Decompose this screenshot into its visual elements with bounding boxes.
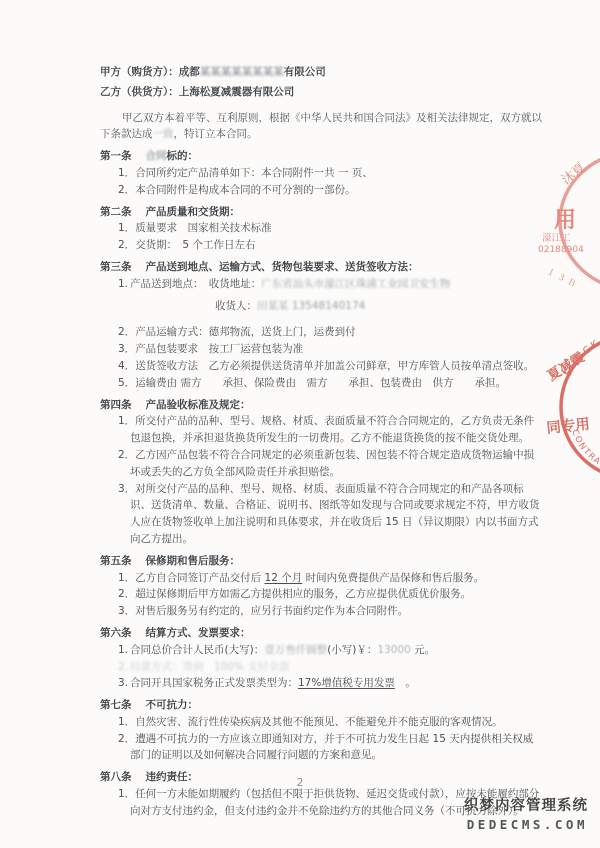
clause5-number: 第五条 bbox=[100, 555, 132, 567]
delivery-address-redacted: 广东省汕头市濠江区珠浦工业园卫安生物 bbox=[261, 278, 450, 290]
info-stamp-line2: 02188904 bbox=[538, 245, 584, 255]
clause4-heading: 第四条产品验收标准及规定： bbox=[100, 397, 542, 414]
info-stamp-big-char: 用 bbox=[554, 208, 576, 233]
clause7-item2: 2．遭遇不可抗力的一方应该立即通知对方，并于不可抗力发生日起 15 天内提供相关… bbox=[100, 731, 542, 765]
clause1-item2: 2．本合同附件是构成本合同的不可分割的一部份。 bbox=[100, 182, 542, 199]
clause4-title: 产品验收标准及规定： bbox=[146, 399, 251, 411]
seal-chinese-upper: 夏减震 bbox=[545, 348, 588, 384]
invoice-type-value: 17%增值税专用发票 bbox=[298, 677, 395, 689]
clause3-item4: 4．送货签收方法 乙方必须提供送货清单并加盖公司鲜章，甲方库管人员按单清点签收。 bbox=[100, 358, 542, 375]
party-b-label: 乙方（供货方）： bbox=[100, 86, 179, 98]
clause6-number: 第六条 bbox=[100, 627, 132, 639]
clause3-item5: 5．运输费由 需方 承担、保险费由 需方 承担、包装费由 供方 承担。 bbox=[100, 375, 542, 392]
clause1-number: 第一条 bbox=[100, 150, 132, 162]
clause2-heading: 第二条产品质量和交货期： bbox=[100, 204, 542, 221]
clause7-heading: 第七条不可抗力： bbox=[100, 697, 542, 714]
clause1-title: 标的： bbox=[167, 150, 199, 162]
clause6-title: 结算方式、发票要求： bbox=[146, 627, 251, 639]
payment-terms-redacted: 付款方式：货到 100% 支付全款 bbox=[130, 661, 289, 673]
seal-arc-top-text: SHOCK ABSORBER bbox=[563, 329, 600, 379]
clause5-item3: 3．对售后服务另有约定的，应另行书面约定作为本合同附件。 bbox=[100, 603, 542, 620]
clause7-number: 第七条 bbox=[100, 699, 132, 711]
seal-arc-bottom-text: CONTRACT bbox=[569, 428, 600, 474]
clause2-item2: 2．交货期： 5 个工作日左右 bbox=[100, 237, 542, 254]
party-a-prefix: 成都 bbox=[179, 66, 200, 78]
party-a-redacted-name: 某某某某某某某某 bbox=[200, 66, 284, 78]
receiver-redacted: 田某某 13548140174 bbox=[257, 300, 365, 312]
clause2-number: 第二条 bbox=[100, 206, 132, 218]
intro-line2-suffix: ，特订立本合同。 bbox=[174, 128, 258, 140]
clause2-title: 产品质量和交货期： bbox=[146, 206, 241, 218]
clause3-title: 产品送到地点、运输方式、货物包装要求、送货签收方法： bbox=[146, 261, 419, 273]
party-a-suffix: 有限公司 bbox=[284, 66, 326, 78]
clause3-heading: 第三条产品送到地点、运输方式、货物包装要求、送货签收方法： bbox=[100, 259, 542, 276]
red-info-stamp: 沐夏 用 濠江工 02188904 １３Ｂ bbox=[538, 143, 600, 303]
party-b-line: 乙方（供货方）：上海松夏减震器有限公司 bbox=[100, 84, 542, 101]
svg-text:SHOCK ABSORBER: SHOCK ABSORBER bbox=[563, 329, 600, 379]
party-b-name: 上海松夏减震器有限公司 bbox=[179, 86, 295, 98]
intro-paragraph: 甲乙双方本着平等、互利原则，根据《中华人民共和国合同法》及相关法律规定，双方就以… bbox=[100, 110, 542, 144]
clause3-item2: 2．产品运输方式：德邦物流，送货上门，运费到付 bbox=[100, 324, 542, 341]
seal-chinese-mid: 同专用 bbox=[546, 415, 591, 437]
clause2-item1: 1．质量要求 国家相关技术标准 bbox=[100, 220, 542, 237]
info-stamp-digits: １３Ｂ bbox=[545, 267, 580, 291]
clause1-title-blur: 合同 bbox=[146, 150, 167, 162]
clause6-item3: 3.合同开具国家税务正式发票类型为：17%增值税专用发票 。 bbox=[100, 675, 542, 692]
clause4-number: 第四条 bbox=[100, 399, 132, 411]
clause3-item3: 3．产品包装要求 按工厂运营包装为准 bbox=[100, 341, 542, 358]
cms-watermark: 织梦内容管理系统 DEDECMS.COM bbox=[464, 797, 588, 833]
svg-text:CONTRACT: CONTRACT bbox=[569, 428, 600, 474]
contract-seal-stamp: SHOCK ABSORBER 夏减震 同专用 CONTRACT bbox=[545, 323, 600, 498]
contract-body: 甲方（购货方）：成都某某某某某某某某有限公司 乙方（供货方）：上海松夏减震器有限… bbox=[100, 64, 542, 820]
clause3-number: 第三条 bbox=[100, 261, 132, 273]
watermark-chinese: 织梦内容管理系统 bbox=[464, 797, 588, 817]
clause6-heading: 第六条结算方式、发票要求： bbox=[100, 625, 542, 642]
receiver-label: 收货人： bbox=[215, 300, 257, 312]
watermark-domain: DEDECMS.COM bbox=[464, 817, 588, 834]
party-a-line: 甲方（购货方）：成都某某某某某某某某有限公司 bbox=[100, 64, 542, 81]
receiver-line: 收货人：田某某 13548140174 bbox=[215, 298, 542, 315]
scanned-contract-page: 甲方（购货方）：成都某某某某某某某某有限公司 乙方（供货方）：上海松夏减震器有限… bbox=[0, 0, 600, 848]
clause6-item1: 1.合同总价合计人民币(大写)：壹万叁仟圆整(小写)￥：13000 元。 bbox=[100, 642, 542, 659]
info-stamp-fragment: 沐夏 bbox=[559, 160, 589, 189]
clause5-title: 保修期和售后服务： bbox=[146, 555, 241, 567]
clause5-item2: 2．超过保修期后甲方如需乙方提供相应的服务，乙方应提供优质优价服务。 bbox=[100, 586, 542, 603]
clause5-heading: 第五条保修期和售后服务： bbox=[100, 553, 542, 570]
clause1-heading: 第一条合同标的： bbox=[100, 148, 542, 165]
clause7-title: 不可抗力： bbox=[146, 699, 199, 711]
clause1-item1: 1．合同所约定产品清单如下：本合同附件一共 一 页、 bbox=[100, 165, 542, 182]
clause3-item1: 1.产品送到地点： 收货地址：广东省汕头市濠江区珠浦工业园卫安生物 bbox=[100, 276, 542, 293]
page-number: 2 bbox=[0, 776, 600, 789]
amount-figure: 13000 bbox=[377, 644, 410, 656]
clause4-item3: 3．对所交付产品的品种、型号、规格、材质、表面质量不符合合同规定的和产品各项标识… bbox=[100, 481, 542, 548]
clause7-item1: 1．自然灾害、流行性传染疾病及其他不能预见、不能避免并不能克服的客观情况。 bbox=[100, 714, 542, 731]
clause4-item2: 2．乙方因产品包装不符合合同规定的必须重新包装、因包装不符合规定造成货物运输中损… bbox=[100, 447, 542, 481]
party-a-label: 甲方（购货方）： bbox=[100, 66, 179, 78]
clause5-item1: 1．乙方自合同签订产品交付后 12 个月 时间内免费提供产品保修和售后服务。 bbox=[100, 570, 542, 587]
amount-words-redacted: 壹万叁仟圆整 bbox=[264, 644, 327, 656]
warranty-period-value: 12 个月 bbox=[265, 572, 303, 584]
intro-line1: 甲乙双方本着平等、互利原则，根据《中华人民共和国合同法》及相关法律规定，双方就 bbox=[122, 112, 532, 124]
clause6-item2-redacted: 2.付款方式：货到 100% 支付全款 bbox=[100, 659, 542, 676]
info-stamp-line1: 濠江工 bbox=[542, 232, 571, 244]
intro-redacted: 一致 bbox=[153, 128, 174, 140]
clause4-item1: 1．所交付产品的品种、型号、规格、材质、表面质量不符合合同规定的，乙方负责无条件… bbox=[100, 413, 542, 447]
